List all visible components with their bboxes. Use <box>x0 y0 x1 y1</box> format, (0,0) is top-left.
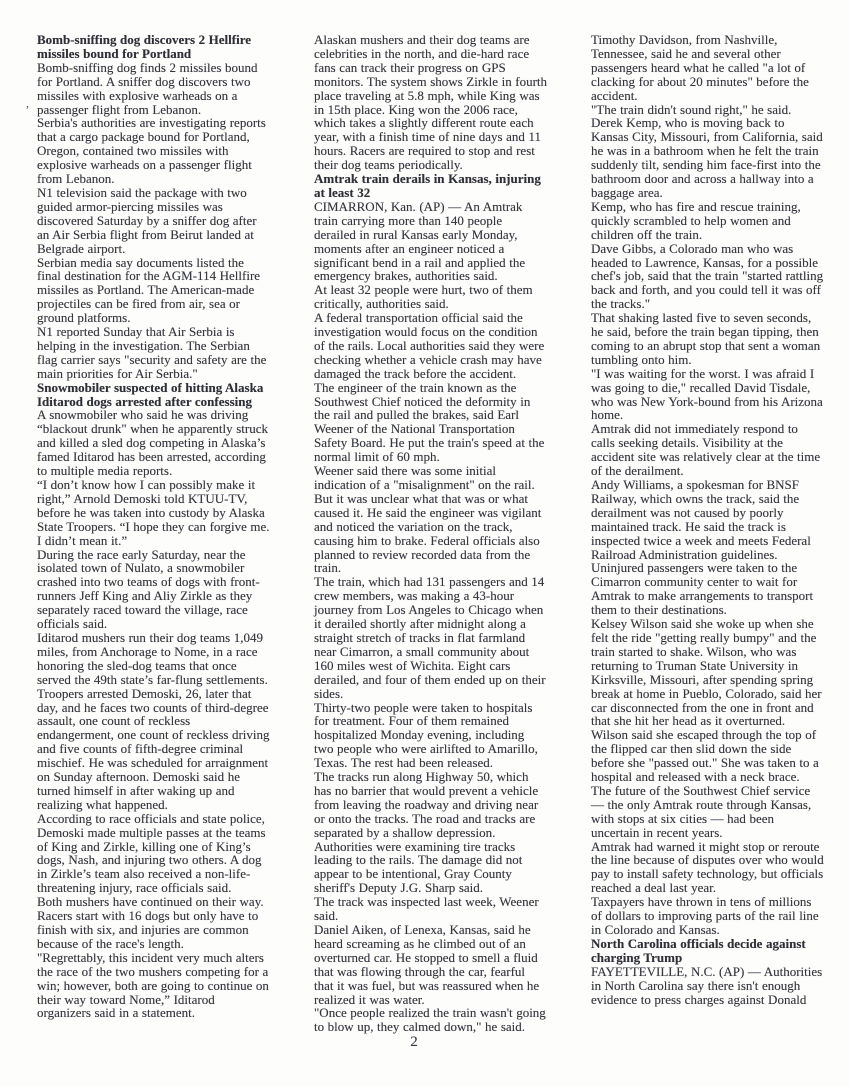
article-paragraph: Iditarod mushers run their dog teams 1,0… <box>37 631 270 687</box>
column-left: Bomb-sniffing dog discovers 2 Hellfire m… <box>37 33 270 1034</box>
article-paragraph: A snowmobiler who said he was driving “b… <box>37 408 270 478</box>
article-paragraph: Bomb-sniffing dog finds 2 missiles bound… <box>37 61 270 117</box>
article-paragraph: A federal transportation official said t… <box>314 311 547 381</box>
article-paragraph: During the race early Saturday, near the… <box>37 548 270 631</box>
article-paragraph: Dave Gibbs, a Colorado man who was heade… <box>591 242 824 312</box>
article-paragraph: Weener said there was some initial indic… <box>314 464 547 575</box>
article-paragraph: Kelsey Wilson said she woke up when she … <box>591 617 824 728</box>
article-headline: Bomb-sniffing dog discovers 2 Hellfire m… <box>37 33 270 61</box>
article-paragraph: Kemp, who has fire and rescue training, … <box>591 200 824 242</box>
article-paragraph: At least 32 people were hurt, two of the… <box>314 283 547 311</box>
article-paragraph: Daniel Aiken, of Lenexa, Kansas, said he… <box>314 923 547 1006</box>
article-paragraph: Uninjured passengers were taken to the C… <box>591 561 824 617</box>
article-paragraph: Taxpayers have thrown in tens of million… <box>591 895 824 937</box>
document-page: , Bomb-sniffing dog discovers 2 Hellfire… <box>0 0 850 1086</box>
article-paragraph: Thirty-two people were taken to hospital… <box>314 701 547 771</box>
article-headline: North Carolina officials decide against … <box>591 937 824 965</box>
article-paragraph: "I was waiting for the worst. I was afra… <box>591 367 824 423</box>
article-paragraph: Both mushers have continued on their way… <box>37 895 270 951</box>
article-paragraph: The track was inspected last week, Weene… <box>314 895 547 923</box>
article-paragraph: "Regrettably, this incident very much al… <box>37 951 270 1021</box>
column-middle: Alaskan mushers and their dog teams are … <box>314 33 547 1034</box>
article-paragraph: According to race officials and state po… <box>37 812 270 895</box>
article-paragraph: “I don’t know how I can possibly make it… <box>37 478 270 548</box>
article-paragraph: The engineer of the train known as the S… <box>314 381 547 464</box>
article-paragraph: Andy Williams, a spokesman for BNSF Rail… <box>591 478 824 561</box>
article-paragraph: The future of the Southwest Chief servic… <box>591 784 824 840</box>
article-headline: Amtrak train derails in Kansas, injuring… <box>314 172 547 200</box>
article-headline: Snowmobiler suspected of hitting Alaska … <box>37 381 270 409</box>
article-paragraph: Amtrak did not immediately respond to ca… <box>591 422 824 478</box>
article-paragraph: Timothy Davidson, from Nashville, Tennes… <box>591 33 824 103</box>
article-paragraph: "Once people realized the train wasn't g… <box>314 1006 547 1034</box>
article-paragraph: That shaking lasted five to seven second… <box>591 311 824 367</box>
article-paragraph: Alaskan mushers and their dog teams are … <box>314 33 547 172</box>
article-paragraph: Troopers arrested Demoski, 26, later tha… <box>37 687 270 812</box>
text-columns: Bomb-sniffing dog discovers 2 Hellfire m… <box>0 0 850 1034</box>
article-paragraph: Amtrak had warned it might stop or rerou… <box>591 840 824 896</box>
article-paragraph: N1 television said the package with two … <box>37 186 270 256</box>
article-paragraph: FAYETTEVILLE, N.C. (AP) — Authorities in… <box>591 965 824 1007</box>
article-paragraph: N1 reported Sunday that Air Serbia is he… <box>37 325 270 381</box>
article-paragraph: Serbia's authorities are investigating r… <box>37 116 270 186</box>
scan-artifact: , <box>26 96 29 111</box>
article-paragraph: The tracks run along Highway 50, which h… <box>314 770 547 840</box>
article-paragraph: CIMARRON, Kan. (AP) — An Amtrak train ca… <box>314 200 547 283</box>
article-paragraph: Serbian media say documents listed the f… <box>37 256 270 326</box>
page-number: 2 <box>0 1034 828 1051</box>
article-paragraph: "The train didn't sound right," he said. <box>591 103 824 117</box>
column-right: Timothy Davidson, from Nashville, Tennes… <box>591 33 824 1034</box>
article-paragraph: The train, which had 131 passengers and … <box>314 575 547 700</box>
article-paragraph: Derek Kemp, who is moving back to Kansas… <box>591 116 824 199</box>
article-paragraph: Wilson said she escaped through the top … <box>591 728 824 784</box>
article-paragraph: Authorities were examining tire tracks l… <box>314 840 547 896</box>
